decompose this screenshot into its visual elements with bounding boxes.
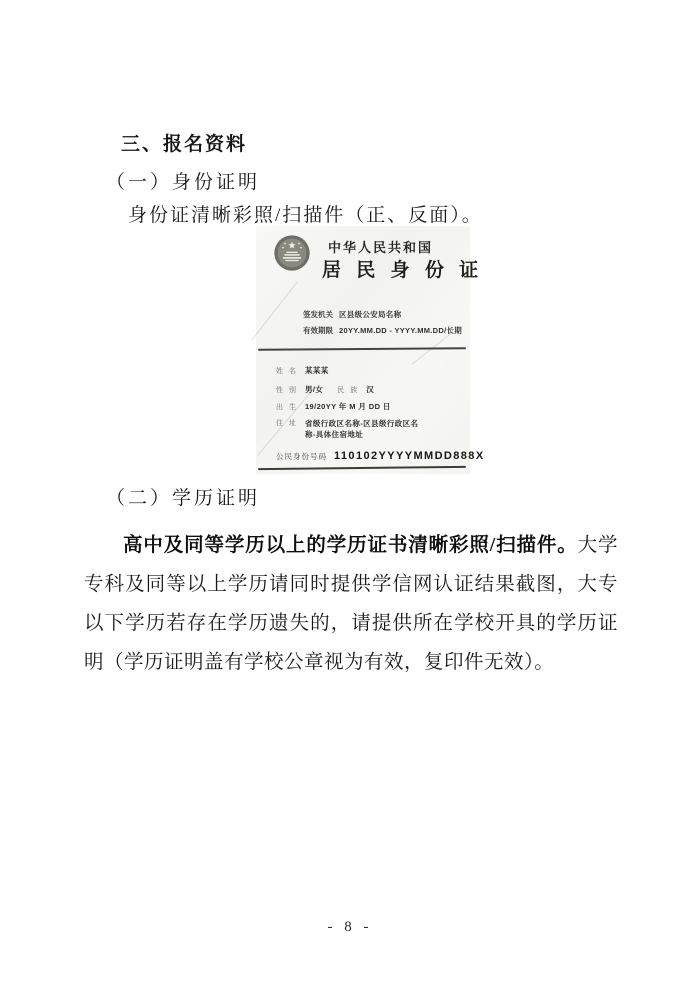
document-page: 三、报名资料 （一）身份证明 身份证清晰彩照/扫描件（正、反面）。 中华人民共和… [0,0,700,989]
name-label: 姓 名 [276,368,298,375]
card-birth-row: 出 生19/20YY 年 M 月 DD 日 [276,401,391,412]
identity-requirement-text: 身份证清晰彩照/扫描件（正、反面）。 [128,200,483,227]
subsection-heading-identity: （一）身份证明 [106,167,260,194]
id-card-scan: 中华人民共和国 居 民 身 份 证 签发机关区县级公安局名称 有效期限20YY.… [256,226,470,474]
card-sex-ethnicity-row: 性 别男/女民 族汉 [276,384,374,395]
card-validity-row: 有效期限20YY.MM.DD - YYYY.MM.DD/长期 [303,325,462,336]
section-heading: 三、报名资料 [121,129,247,156]
subsection-heading-education: （二）学历证明 [106,483,260,510]
validity-label: 有效期限 [303,326,333,335]
card-name-row: 姓 名某某某 [276,365,329,376]
birth-label: 出 生 [276,404,298,411]
sex-label: 性 别 [276,387,298,394]
china-national-emblem-icon [273,233,311,273]
sex-value: 男/女 [305,385,323,394]
card-country-name: 中华人民共和国 [328,237,433,256]
ethnicity-label: 民 族 [337,387,359,394]
page-number: - 8 - [0,919,700,936]
birth-value: 19/20YY 年 M 月 DD 日 [305,402,391,411]
card-edge-shadow-line [258,347,466,350]
card-issuer-row: 签发机关区县级公安局名称 [303,309,401,320]
card-address-row: 住 址省级行政区名称-区县级行政区名称-具体住宿地址 [276,418,423,440]
address-value: 省级行政区名称-区县级行政区名称-具体住宿地址 [305,418,423,440]
issuer-value: 区县级公安局名称 [339,310,401,319]
issuer-label: 签发机关 [303,310,333,319]
id-number-value: 110102YYYYMMDD888X [334,450,485,462]
card-edge-shadow-line [258,466,466,470]
id-number-label: 公民身份号码 [276,452,327,461]
validity-value: 20YY.MM.DD - YYYY.MM.DD/长期 [339,326,462,335]
education-requirement-paragraph: 高中及同等学历以上的学历证书清晰彩照/扫描件。大学专科及同等以上学历请同时提供学… [84,526,618,682]
card-id-number-row: 公民身份号码110102YYYYMMDD888X [276,450,485,462]
scan-crease-line [251,282,297,341]
card-title: 居 民 身 份 证 [322,255,483,282]
ethnicity-value: 汉 [366,385,374,394]
education-requirement-bold-text: 高中及同等学历以上的学历证书清晰彩照/扫描件。 [123,535,578,556]
name-value: 某某某 [305,366,329,375]
address-label: 住 址 [276,420,298,427]
